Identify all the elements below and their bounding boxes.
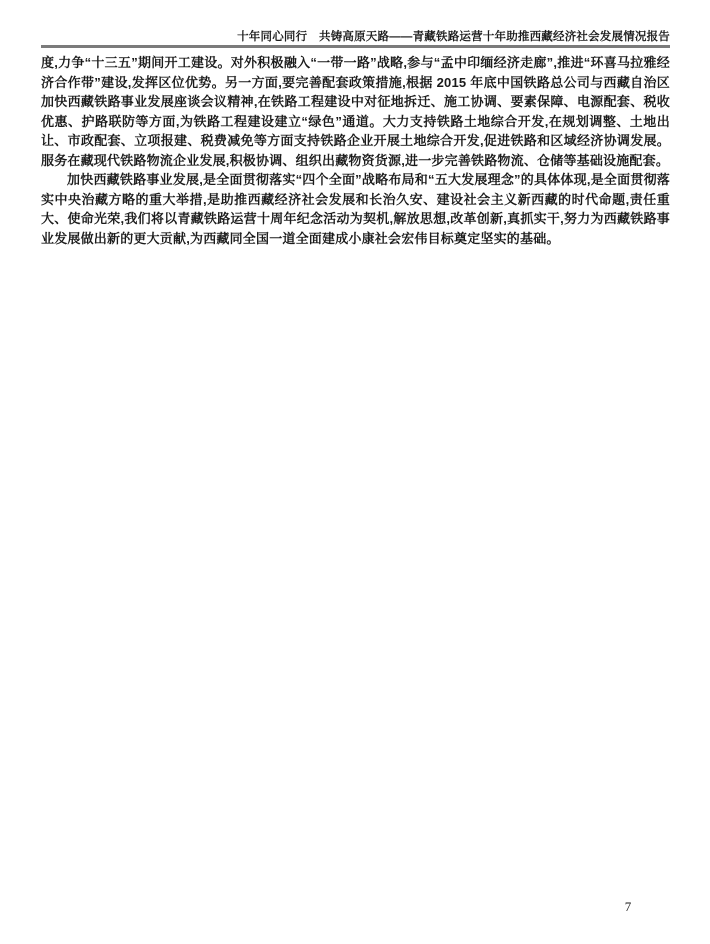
page-number: 7: [618, 899, 638, 915]
document-page: 十年同心同行 共铸高原天路——青藏铁路运营十年助推西藏经济社会发展情况报告 度,…: [0, 0, 710, 944]
running-header-title: 十年同心同行 共铸高原天路——青藏铁路运营十年助推西藏经济社会发展情况报告: [237, 28, 670, 44]
header-rule: [41, 45, 670, 48]
paragraph-continuation: 度,力争“十三五”期间开工建设。对外积极融入“一带一路”战略,参与“孟中印缅经济…: [41, 53, 670, 170]
document-body: 度,力争“十三五”期间开工建设。对外积极融入“一带一路”战略,参与“孟中印缅经济…: [41, 53, 670, 248]
paragraph-closing: 加快西藏铁路事业发展,是全面贯彻落实“四个全面”战略布局和“五大发展理念”的具体…: [41, 170, 670, 248]
